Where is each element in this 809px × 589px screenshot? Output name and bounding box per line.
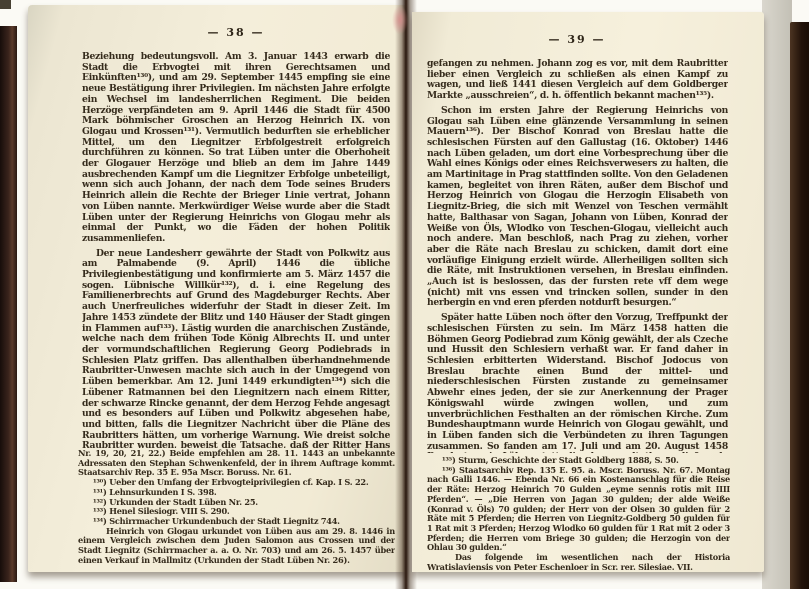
book-cover-edge-left (0, 26, 17, 582)
footnote: Nr. 19, 20, 21, 22.) Beide empfehlen am … (78, 449, 395, 478)
right-page-body: gefangen zu nehmen. Johann zog es vor, m… (427, 59, 728, 453)
paragraph: Später hatte Lüben noch öfter den Vorzug… (427, 313, 728, 453)
left-page: — 38 — Beziehung bedeutungsvoll. Am 3. J… (28, 5, 405, 572)
book-spread-photo: — 38 — Beziehung bedeutungsvoll. Am 3. J… (0, 0, 809, 589)
scan-corner-artifact (0, 0, 11, 9)
paragraph: Beziehung bedeutungsvoll. Am 3. Januar 1… (82, 52, 390, 245)
page-number-left: — 38 — (82, 26, 390, 39)
right-page-footnotes: ¹³⁵) Sturm, Geschichte der Stadt Goldber… (427, 456, 730, 580)
left-page-footnotes: Nr. 19, 20, 21, 22.) Beide empfehlen am … (78, 449, 395, 569)
scan-smudge-artifact (392, 5, 408, 35)
left-page-body: Beziehung bedeutungsvoll. Am 3. Januar 1… (82, 52, 390, 448)
paragraph: Der neue Landesherr gewährte der Stadt v… (82, 249, 390, 448)
footnote: ¹³⁶) Staatsarchiv Rep. 135 E. 95. a. Msc… (427, 466, 730, 553)
right-page: — 39 — gefangen zu nehmen. Johann zog es… (412, 12, 764, 572)
page-block-edge-right (762, 0, 792, 589)
book-cover-edge-right (790, 22, 809, 589)
footnote: Heinrich von Glogau urkundet von Lüben a… (78, 527, 395, 566)
paragraph: Schon im ersten Jahre der Regierung Hein… (427, 106, 728, 309)
page-number-right: — 39 — (427, 33, 727, 46)
paragraph: gefangen zu nehmen. Johann zog es vor, m… (427, 59, 728, 102)
footnote: Das folgende im wesentlichen nach der Hi… (427, 553, 730, 572)
